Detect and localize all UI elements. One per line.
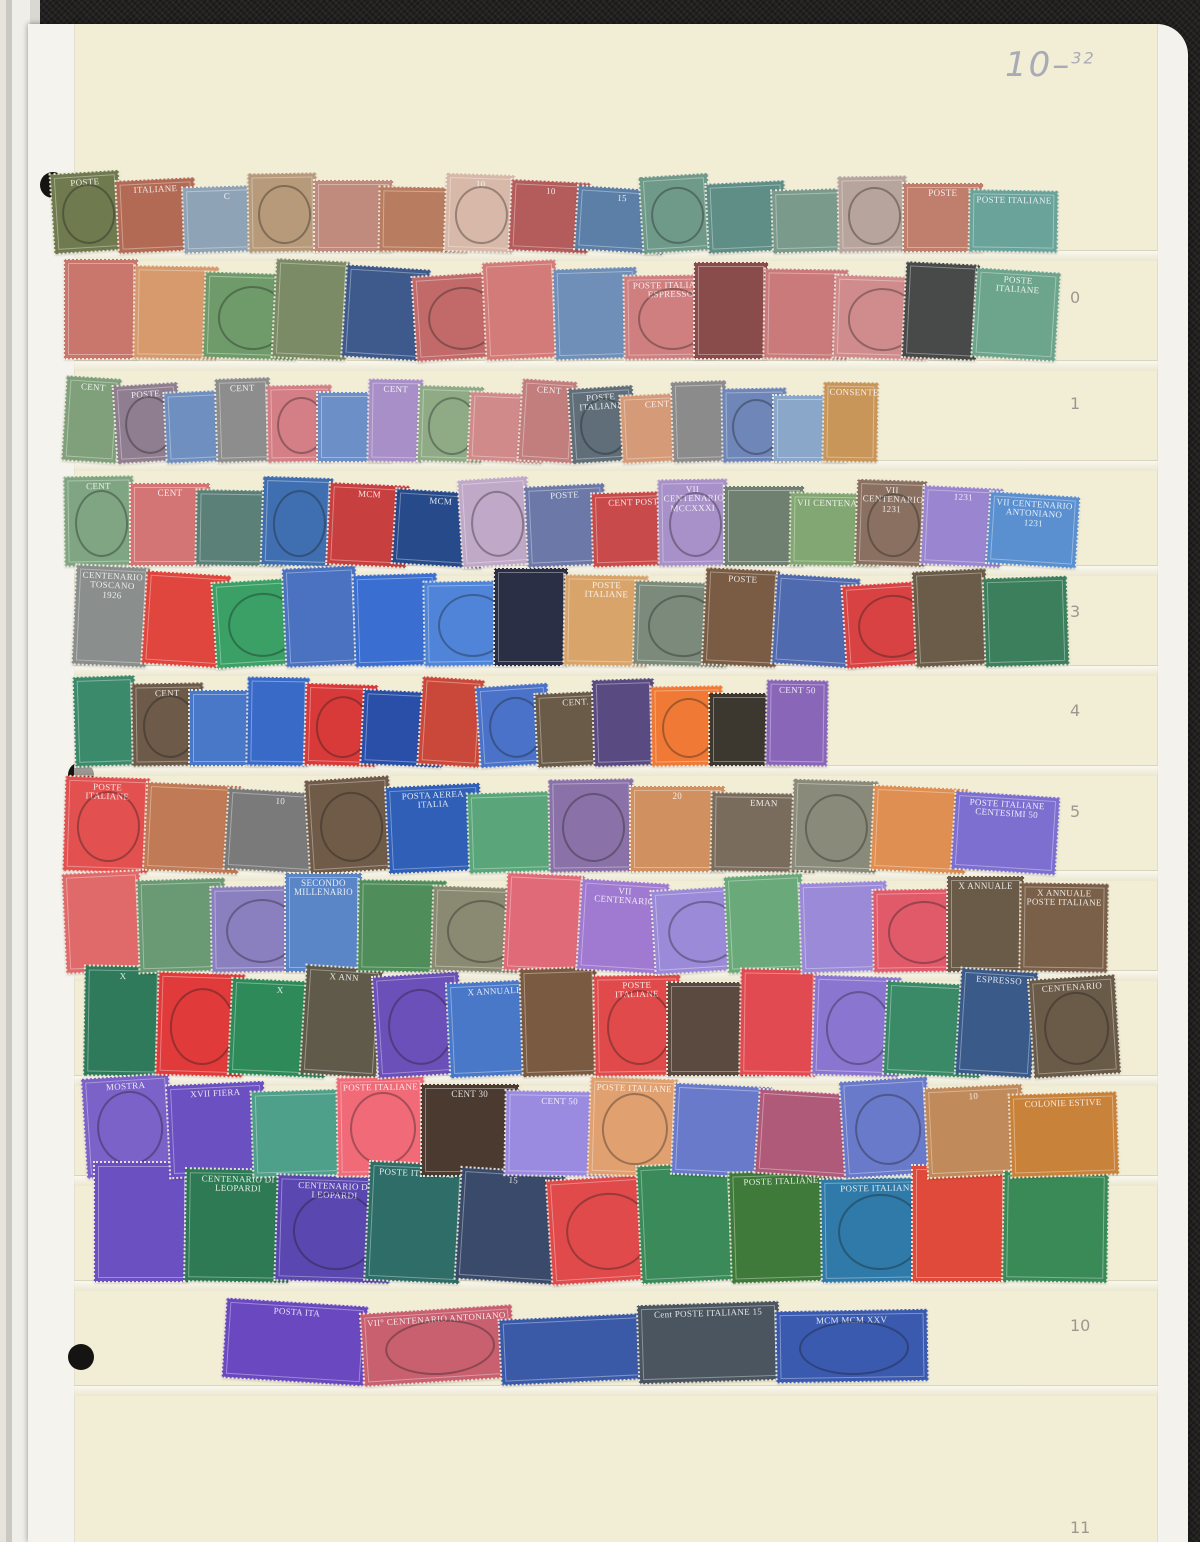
stamp: COLONIE ESTIVE (1009, 1091, 1120, 1177)
stamp-text: X ANNUALE (953, 882, 1019, 891)
stamp: SECONDO MILLENARIO (285, 873, 363, 972)
stamp: 10 (444, 173, 516, 253)
stamp: CENTENARIO TOSCANO 1926 (72, 564, 151, 667)
stamp: POSTE ITALIANE (63, 776, 151, 874)
stamp: X (83, 965, 162, 1076)
stamp: POSTE (50, 170, 124, 254)
punch-hole-bottom (68, 1344, 94, 1370)
row-number: 3 (1070, 602, 1080, 621)
stamp (912, 568, 990, 667)
stamp (94, 1162, 189, 1282)
stamp: VII° CENTENARIO ANTONIANO (360, 1304, 516, 1386)
stamp-frame (728, 877, 802, 969)
stamp (912, 1165, 1007, 1282)
stamp: POSTE ITALIANE (968, 189, 1058, 252)
stamp (839, 1076, 933, 1178)
stamp-frame (906, 265, 976, 356)
stamp (639, 173, 713, 254)
stamp (503, 872, 585, 974)
stamp: CONSENTE (823, 382, 879, 463)
postmark-cancel (668, 492, 722, 558)
stamp (304, 775, 395, 874)
stamp-frame (276, 262, 346, 356)
stamp-frame (951, 880, 1021, 968)
stamp-frame (596, 682, 652, 763)
stamp: MCM MCM XXV (775, 1309, 928, 1383)
stamp (73, 675, 137, 767)
stamp (670, 380, 727, 463)
stamp: POSTE ITALIANE CENTESIMI 50 (951, 791, 1061, 875)
stamp-frame (66, 874, 140, 969)
stamp-frame (743, 972, 813, 1072)
postmark-cancel (349, 1091, 416, 1165)
row-number: 5 (1070, 802, 1080, 821)
stamp (494, 568, 568, 666)
stamp: X ANNUALE (947, 876, 1025, 972)
stock-strip (74, 360, 1158, 371)
stamp-text: CENT 30 (427, 1090, 513, 1099)
row-number: 0 (1070, 288, 1080, 307)
stamp: X ANNUALE POSTE ITALIANE (1020, 882, 1109, 972)
stamp-frame (286, 569, 356, 663)
stock-strip (74, 765, 1158, 776)
stamp (482, 259, 561, 360)
stamp (62, 870, 144, 974)
album-page: POSTEITALIANEC101015POSTEPOSTE ITALIANEP… (28, 24, 1188, 1542)
stamp: CENT (215, 377, 272, 463)
stamp-frame (368, 1165, 460, 1280)
stamp (1002, 1171, 1109, 1283)
stamp (739, 968, 818, 1076)
stamp: CENT (367, 379, 423, 463)
stamp-text: POSTA AEREA ITALIA (392, 789, 476, 812)
stamp-frame (987, 580, 1066, 663)
stamp-frame (507, 876, 581, 969)
postmark-cancel (606, 990, 672, 1066)
stamp-frame (1006, 1175, 1104, 1279)
stock-strip (74, 1385, 1158, 1396)
stamp-text: CENT (136, 489, 204, 498)
stamp (724, 873, 806, 974)
page-margin-right (1157, 24, 1188, 1542)
stamp (272, 258, 351, 360)
postmark-cancel (848, 187, 902, 245)
stamp (282, 565, 361, 667)
page-note-main: 10 (1005, 45, 1052, 85)
stamp (790, 779, 878, 874)
stamp (548, 778, 634, 872)
stamp: POSTE ITALIANE (587, 1077, 678, 1178)
stamp-text: POSTE (909, 189, 976, 198)
stamp: CENT 50 (766, 680, 829, 767)
stamp (519, 967, 599, 1077)
stamp-frame (250, 681, 305, 763)
stamp (417, 676, 484, 768)
row-number: 1 (1070, 394, 1080, 413)
row-number: 4 (1070, 701, 1080, 720)
handwritten-page-note: 10–32 (1005, 45, 1096, 85)
stamp-text: CENT (374, 385, 417, 395)
stamp-text: CONSENTE (830, 388, 873, 398)
stamp-frame (959, 972, 1034, 1074)
postmark-cancel (74, 489, 128, 557)
stamp-text: POSTE ITALIANE (570, 580, 642, 600)
stamp-frame (916, 572, 986, 663)
page-note-sub: 32 (1071, 49, 1095, 68)
stamp (248, 172, 319, 252)
stamp-frame (486, 263, 556, 356)
stamp-frame (98, 1166, 185, 1278)
row-number: 10 (1070, 1316, 1090, 1335)
stamp (592, 678, 656, 767)
stamp-text: CENTENARIO DI LEOPARDI (191, 1174, 284, 1194)
stamp-text: 20 (636, 792, 719, 801)
stamp-frame (77, 679, 133, 763)
stamp: POSTE ITALIANE (971, 267, 1060, 361)
stamp-frame (634, 790, 721, 868)
stamp-frame (87, 969, 157, 1072)
page-note-dash: – (1052, 45, 1071, 85)
stamp (64, 259, 138, 359)
stamp: POSTE (702, 567, 780, 667)
stamp (246, 677, 309, 767)
stamp (694, 262, 768, 359)
row-number: 11 (1070, 1518, 1090, 1537)
stamp-frame (733, 1174, 833, 1280)
stamp (261, 476, 334, 567)
stamp-text: CENTENARIO TOSCANO 1926 (81, 571, 144, 602)
stamp-frame (68, 263, 134, 355)
stamp-frame (524, 971, 596, 1073)
stamp-text: POSTE ITALIANE (975, 195, 1053, 206)
stamp-text: CENT (221, 383, 264, 394)
stamp: VII CENTENARIO ANTONIANO 1231 (986, 491, 1080, 569)
stamp-frame (422, 680, 481, 763)
stamp-text: SECONDO MILLENARIO (291, 879, 357, 898)
stamp-frame (498, 572, 564, 662)
stamp: POSTA ITA (222, 1298, 369, 1387)
stamp-frame (503, 1316, 660, 1381)
stamp-frame (916, 1169, 1003, 1278)
stamp-frame (303, 969, 378, 1074)
stamp-text: X ANNUALE POSTE ITALIANE (1027, 888, 1103, 908)
stamp: ESPRESSO (955, 968, 1038, 1079)
stamp: Cent POSTE ITALIANE 15 (637, 1301, 781, 1384)
stamp (457, 476, 532, 568)
stamp: VII CENTENARIO MCCXXXI (657, 478, 728, 566)
stamp (837, 175, 908, 252)
stamp (902, 261, 980, 360)
stamp: CENT (63, 475, 134, 566)
stamp: VII CENTENARIO 1231 (855, 479, 928, 567)
stamp-frame (425, 1088, 515, 1172)
stamp-frame (698, 266, 764, 355)
stamp (983, 576, 1070, 668)
stamp: POSTE ITALIANE (364, 1161, 464, 1284)
stamp: CENTENARIO (1028, 974, 1121, 1078)
stamp: X ANN (299, 965, 383, 1079)
stamp-frame (674, 384, 723, 458)
stamp (637, 1162, 737, 1284)
stamp-text: VII CENTENARIO ANTONIANO 1231 (994, 498, 1074, 531)
stamp-text: CENT 50 (773, 686, 823, 696)
stamp-frame (641, 1166, 733, 1280)
